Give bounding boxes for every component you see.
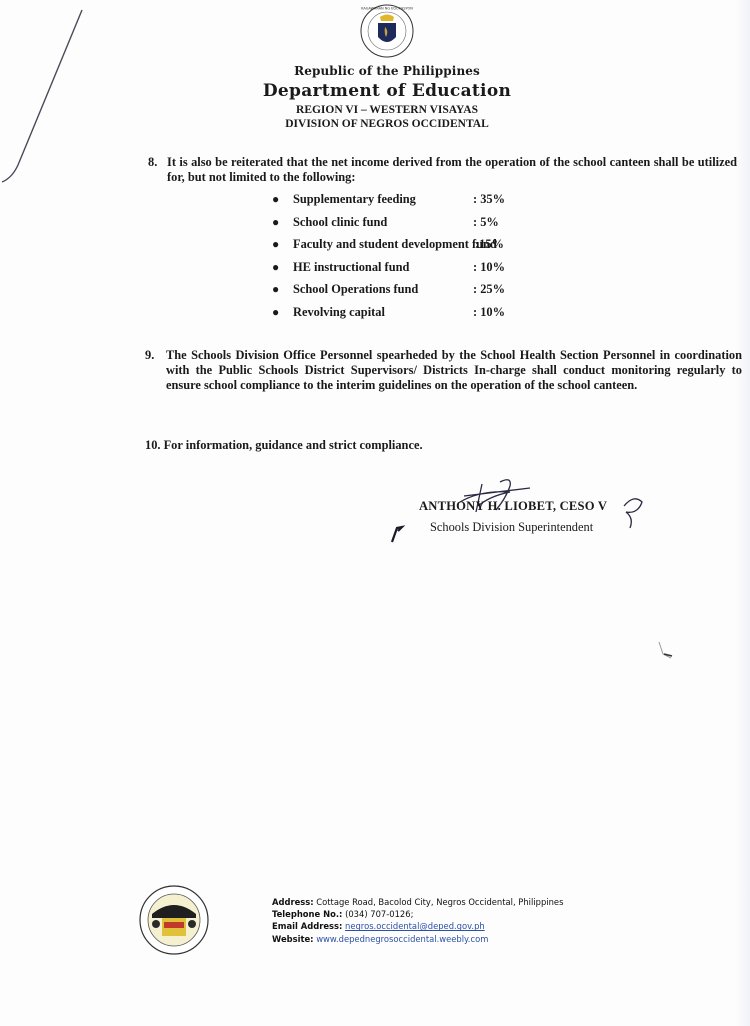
- allocation-value: :15%: [475, 237, 504, 252]
- website-link[interactable]: www.depednegrosoccidental.weebly.com: [316, 934, 488, 944]
- allocation-value: : 35%: [473, 192, 505, 207]
- allocation-value: : 25%: [473, 282, 505, 297]
- list-item: ● Revolving capital : 10%: [272, 305, 542, 328]
- signatory-name: ANTHONY H. LIOBET, CESO V: [419, 499, 607, 514]
- list-item: ● Supplementary feeding : 35%: [272, 192, 542, 215]
- deped-seal-icon: KAGAWARAN NG EDUKASYON: [356, 3, 418, 59]
- bullet-icon: ●: [272, 215, 279, 230]
- item-text: 10. For information, guidance and strict…: [145, 438, 423, 453]
- contact-info: Address: Cottage Road, Bacolod City, Neg…: [272, 896, 563, 945]
- telephone-line: Telephone No.: (034) 707-0126;: [272, 908, 563, 920]
- allocation-value: : 5%: [473, 215, 499, 230]
- item-number: 10.: [145, 438, 161, 452]
- email-link[interactable]: negros.occidental@deped.gov.ph: [345, 921, 485, 931]
- item-number: 8.: [148, 155, 157, 170]
- bullet-icon: ●: [272, 192, 279, 207]
- initial-mark-icon: [388, 522, 408, 544]
- bullet-icon: ●: [272, 305, 279, 320]
- email-line: Email Address: negros.occidental@deped.g…: [272, 920, 563, 932]
- allocation-label: Faculty and student development fund: [293, 237, 497, 252]
- item-body: For information, guidance and strict com…: [164, 438, 423, 452]
- allocation-label: Supplementary feeding: [293, 192, 416, 207]
- division-heading: DIVISION OF NEGROS OCCIDENTAL: [0, 118, 750, 130]
- allocation-label: Revolving capital: [293, 305, 385, 320]
- page-edge-shadow: [736, 0, 750, 1026]
- allocation-value: : 10%: [473, 260, 505, 275]
- stray-ink-mark: [655, 640, 679, 680]
- region-heading: REGION VI – WESTERN VISAYAS: [0, 104, 750, 116]
- item-text: The Schools Division Office Personnel sp…: [166, 348, 742, 393]
- bullet-icon: ●: [272, 260, 279, 275]
- allocation-value: : 10%: [473, 305, 505, 320]
- website-line: Website: www.depednegrosoccidental.weebl…: [272, 933, 563, 945]
- republic-heading: Republic of the Philippines: [0, 64, 750, 78]
- division-seal-icon: [138, 884, 210, 956]
- department-heading: Department of Education: [0, 81, 750, 101]
- income-allocation-list: ● Supplementary feeding : 35% ● School c…: [272, 192, 542, 328]
- list-item: ● HE instructional fund : 10%: [272, 260, 542, 283]
- list-item: ● Faculty and student development fund :…: [272, 237, 542, 260]
- list-item: ● School clinic fund : 5%: [272, 215, 542, 238]
- item-text: It is also be reiterated that the net in…: [167, 155, 737, 185]
- signatory-title: Schools Division Superintendent: [430, 520, 593, 535]
- allocation-label: School Operations fund: [293, 282, 418, 297]
- list-item: ● School Operations fund : 25%: [272, 282, 542, 305]
- bullet-icon: ●: [272, 237, 279, 252]
- svg-text:KAGAWARAN NG EDUKASYON: KAGAWARAN NG EDUKASYON: [361, 7, 413, 11]
- bullet-icon: ●: [272, 282, 279, 297]
- allocation-label: HE instructional fund: [293, 260, 409, 275]
- address-line: Address: Cottage Road, Bacolod City, Neg…: [272, 896, 563, 908]
- allocation-label: School clinic fund: [293, 215, 387, 230]
- item-number: 9.: [145, 348, 154, 363]
